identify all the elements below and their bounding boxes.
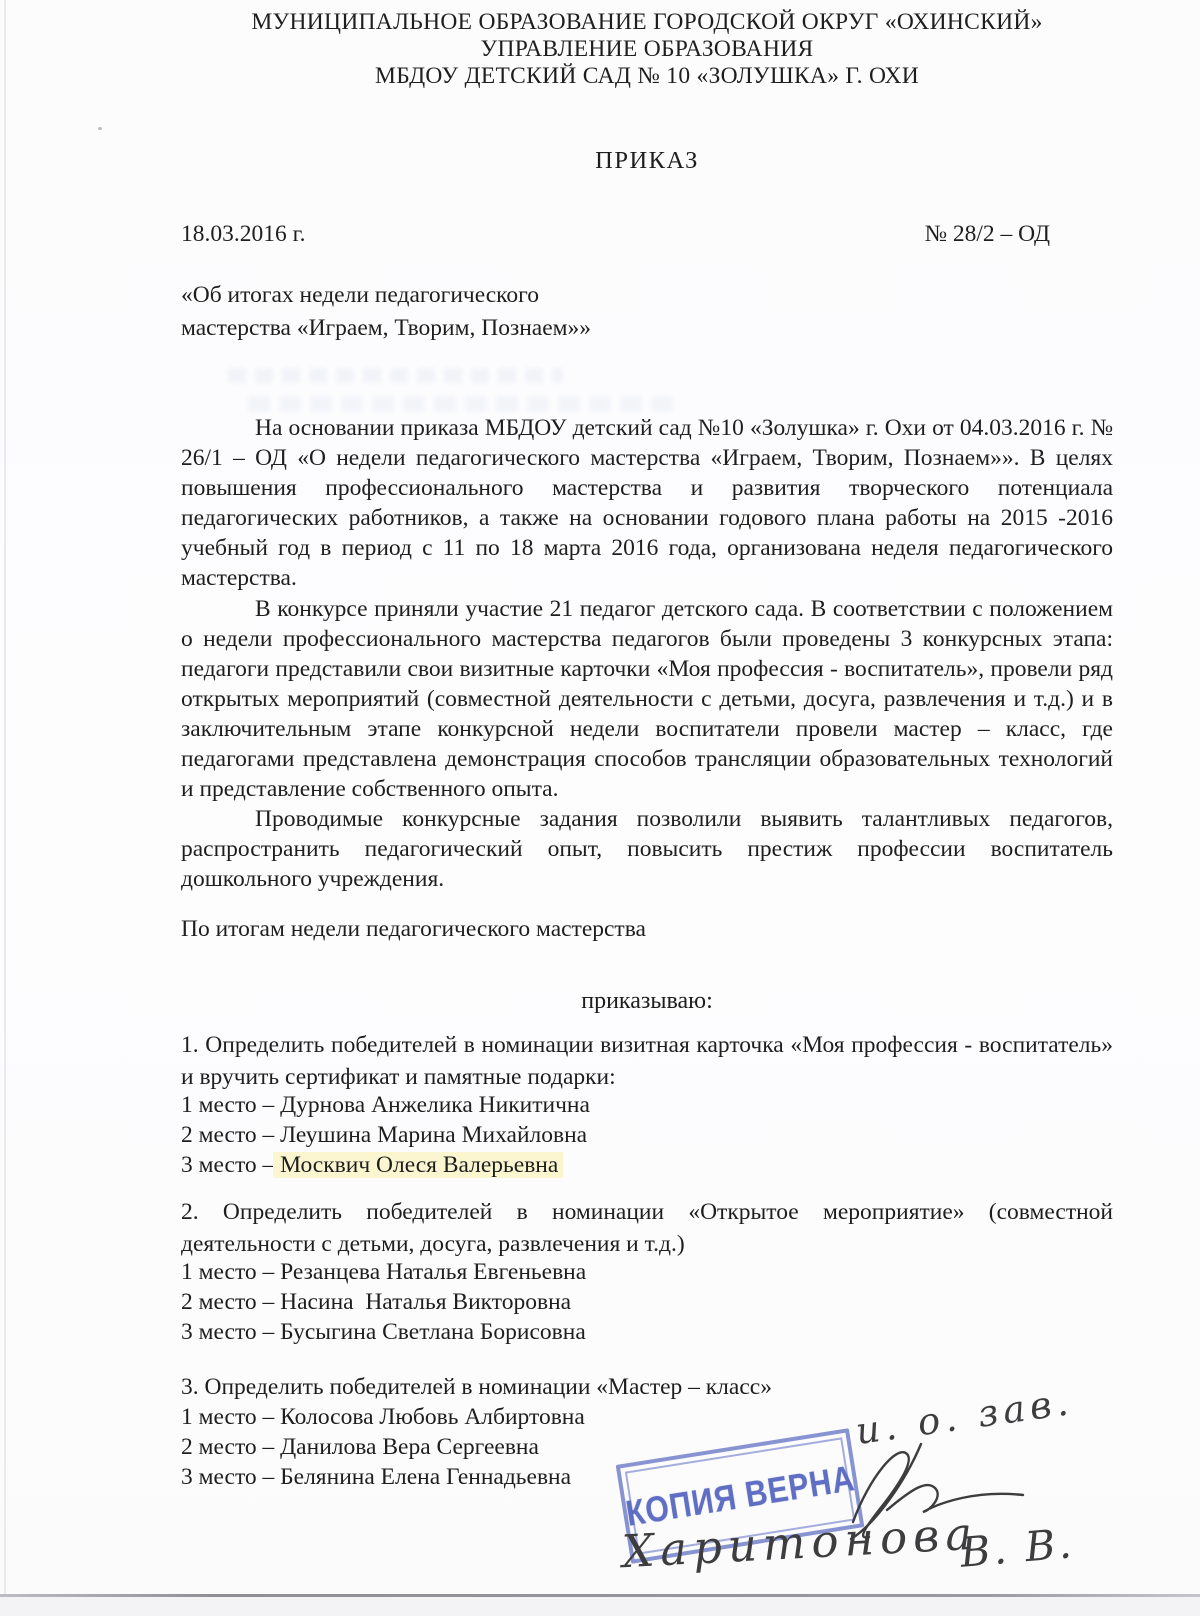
document-number: № 28/2 – ОД [925,221,1050,248]
winner-row: 2 место – Насина Наталья Викторовна [181,1287,1113,1317]
winner-name: Колосова Любовь Албиртовна [280,1404,585,1430]
scan-left-edge [4,0,6,1616]
place-label: 3 место – [181,1152,280,1178]
winner-row: 2 место – Леушина Марина Михайловна [181,1120,1113,1150]
winner-name: Насина Наталья Викторовна [280,1289,571,1315]
place-label: 3 место – [181,1319,280,1345]
place-label: 2 место – [181,1122,280,1148]
section-1-title: 1. Определить победителей в номинации ви… [181,1030,1113,1093]
winner-name: Данилова Вера Сергеевна [280,1434,539,1460]
winner-name: Резанцева Наталья Евгеньевна [280,1259,586,1285]
org-name-line1: МУНИЦИПАЛЬНОЕ ОБРАЗОВАНИЕ ГОРОДСКОЙ ОКРУ… [181,9,1113,36]
subject-line1: «Об итогах недели педагогического [181,279,1113,312]
basis-line: По итогам недели педагогического мастерс… [181,916,1113,943]
winner-name-highlighted: Москвич Олеся Валерьевна [280,1152,558,1178]
scan-speck [98,127,102,130]
document-column: МУНИЦИПАЛЬНОЕ ОБРАЗОВАНИЕ ГОРОДСКОЙ ОКРУ… [181,0,1113,1616]
org-name-line2: УПРАВЛЕНИЕ ОБРАЗОВАНИЯ [181,36,1113,63]
place-label: 3 место – [181,1464,280,1490]
paragraph-2: В конкурсе приняли участие 21 педагог де… [181,594,1113,805]
winner-name: Бусыгина Светлана Борисовна [280,1319,586,1345]
winner-row: 1 место – Дурнова Анжелика Никитична [181,1090,1113,1120]
org-name-line3: МБДОУ ДЕТСКИЙ САД № 10 «ЗОЛУШКА» Г. ОХИ [181,63,1113,90]
paragraph-3: Проводимые конкурсные задания позволили … [181,804,1113,894]
document-date: 18.03.2016 г. [181,221,306,248]
org-header: МУНИЦИПАЛЬНОЕ ОБРАЗОВАНИЕ ГОРОДСКОЙ ОКРУ… [181,9,1113,90]
winner-name: Леушина Марина Михайловна [280,1122,587,1148]
winner-row: 3 место – Москвич Олеся Валерьевна [181,1150,1113,1180]
winner-row: 3 место – Бусыгина Светлана Борисовна [181,1317,1113,1347]
place-label: 2 место – [181,1289,280,1315]
order-word: приказываю: [181,988,1113,1015]
section-1-winners: 1 место – Дурнова Анжелика Никитична 2 м… [181,1090,1113,1180]
winner-row: 1 место – Резанцева Наталья Евгеньевна [181,1257,1113,1287]
section-2-title: 2. Определить победителей в номинации «О… [181,1197,1113,1260]
date-number-row: 18.03.2016 г. № 28/2 – ОД [181,221,1113,248]
subject-block: «Об итогах недели педагогического мастер… [181,279,1113,345]
winner-name: Дурнова Анжелика Никитична [280,1092,590,1118]
paragraph-1: На основании приказа МБДОУ детский сад №… [181,413,1113,594]
place-label: 1 место – [181,1404,280,1430]
subject-line2: мастерства «Играем, Творим, Познаем»» [181,312,1113,345]
handwritten-initials: В. В. [958,1519,1076,1577]
winner-name: Белянина Елена Геннадьевна [280,1464,571,1490]
place-label: 2 место – [181,1434,280,1460]
place-label: 1 место – [181,1259,280,1285]
scan-bottom-area [0,1597,1200,1616]
section-2-winners: 1 место – Резанцева Наталья Евгеньевна 2… [181,1257,1113,1347]
document-title: ПРИКАЗ [181,147,1113,175]
place-label: 1 место – [181,1092,280,1118]
scanned-order-document: МУНИЦИПАЛЬНОЕ ОБРАЗОВАНИЕ ГОРОДСКОЙ ОКРУ… [0,0,1200,1616]
body-text: На основании приказа МБДОУ детский сад №… [181,413,1113,895]
